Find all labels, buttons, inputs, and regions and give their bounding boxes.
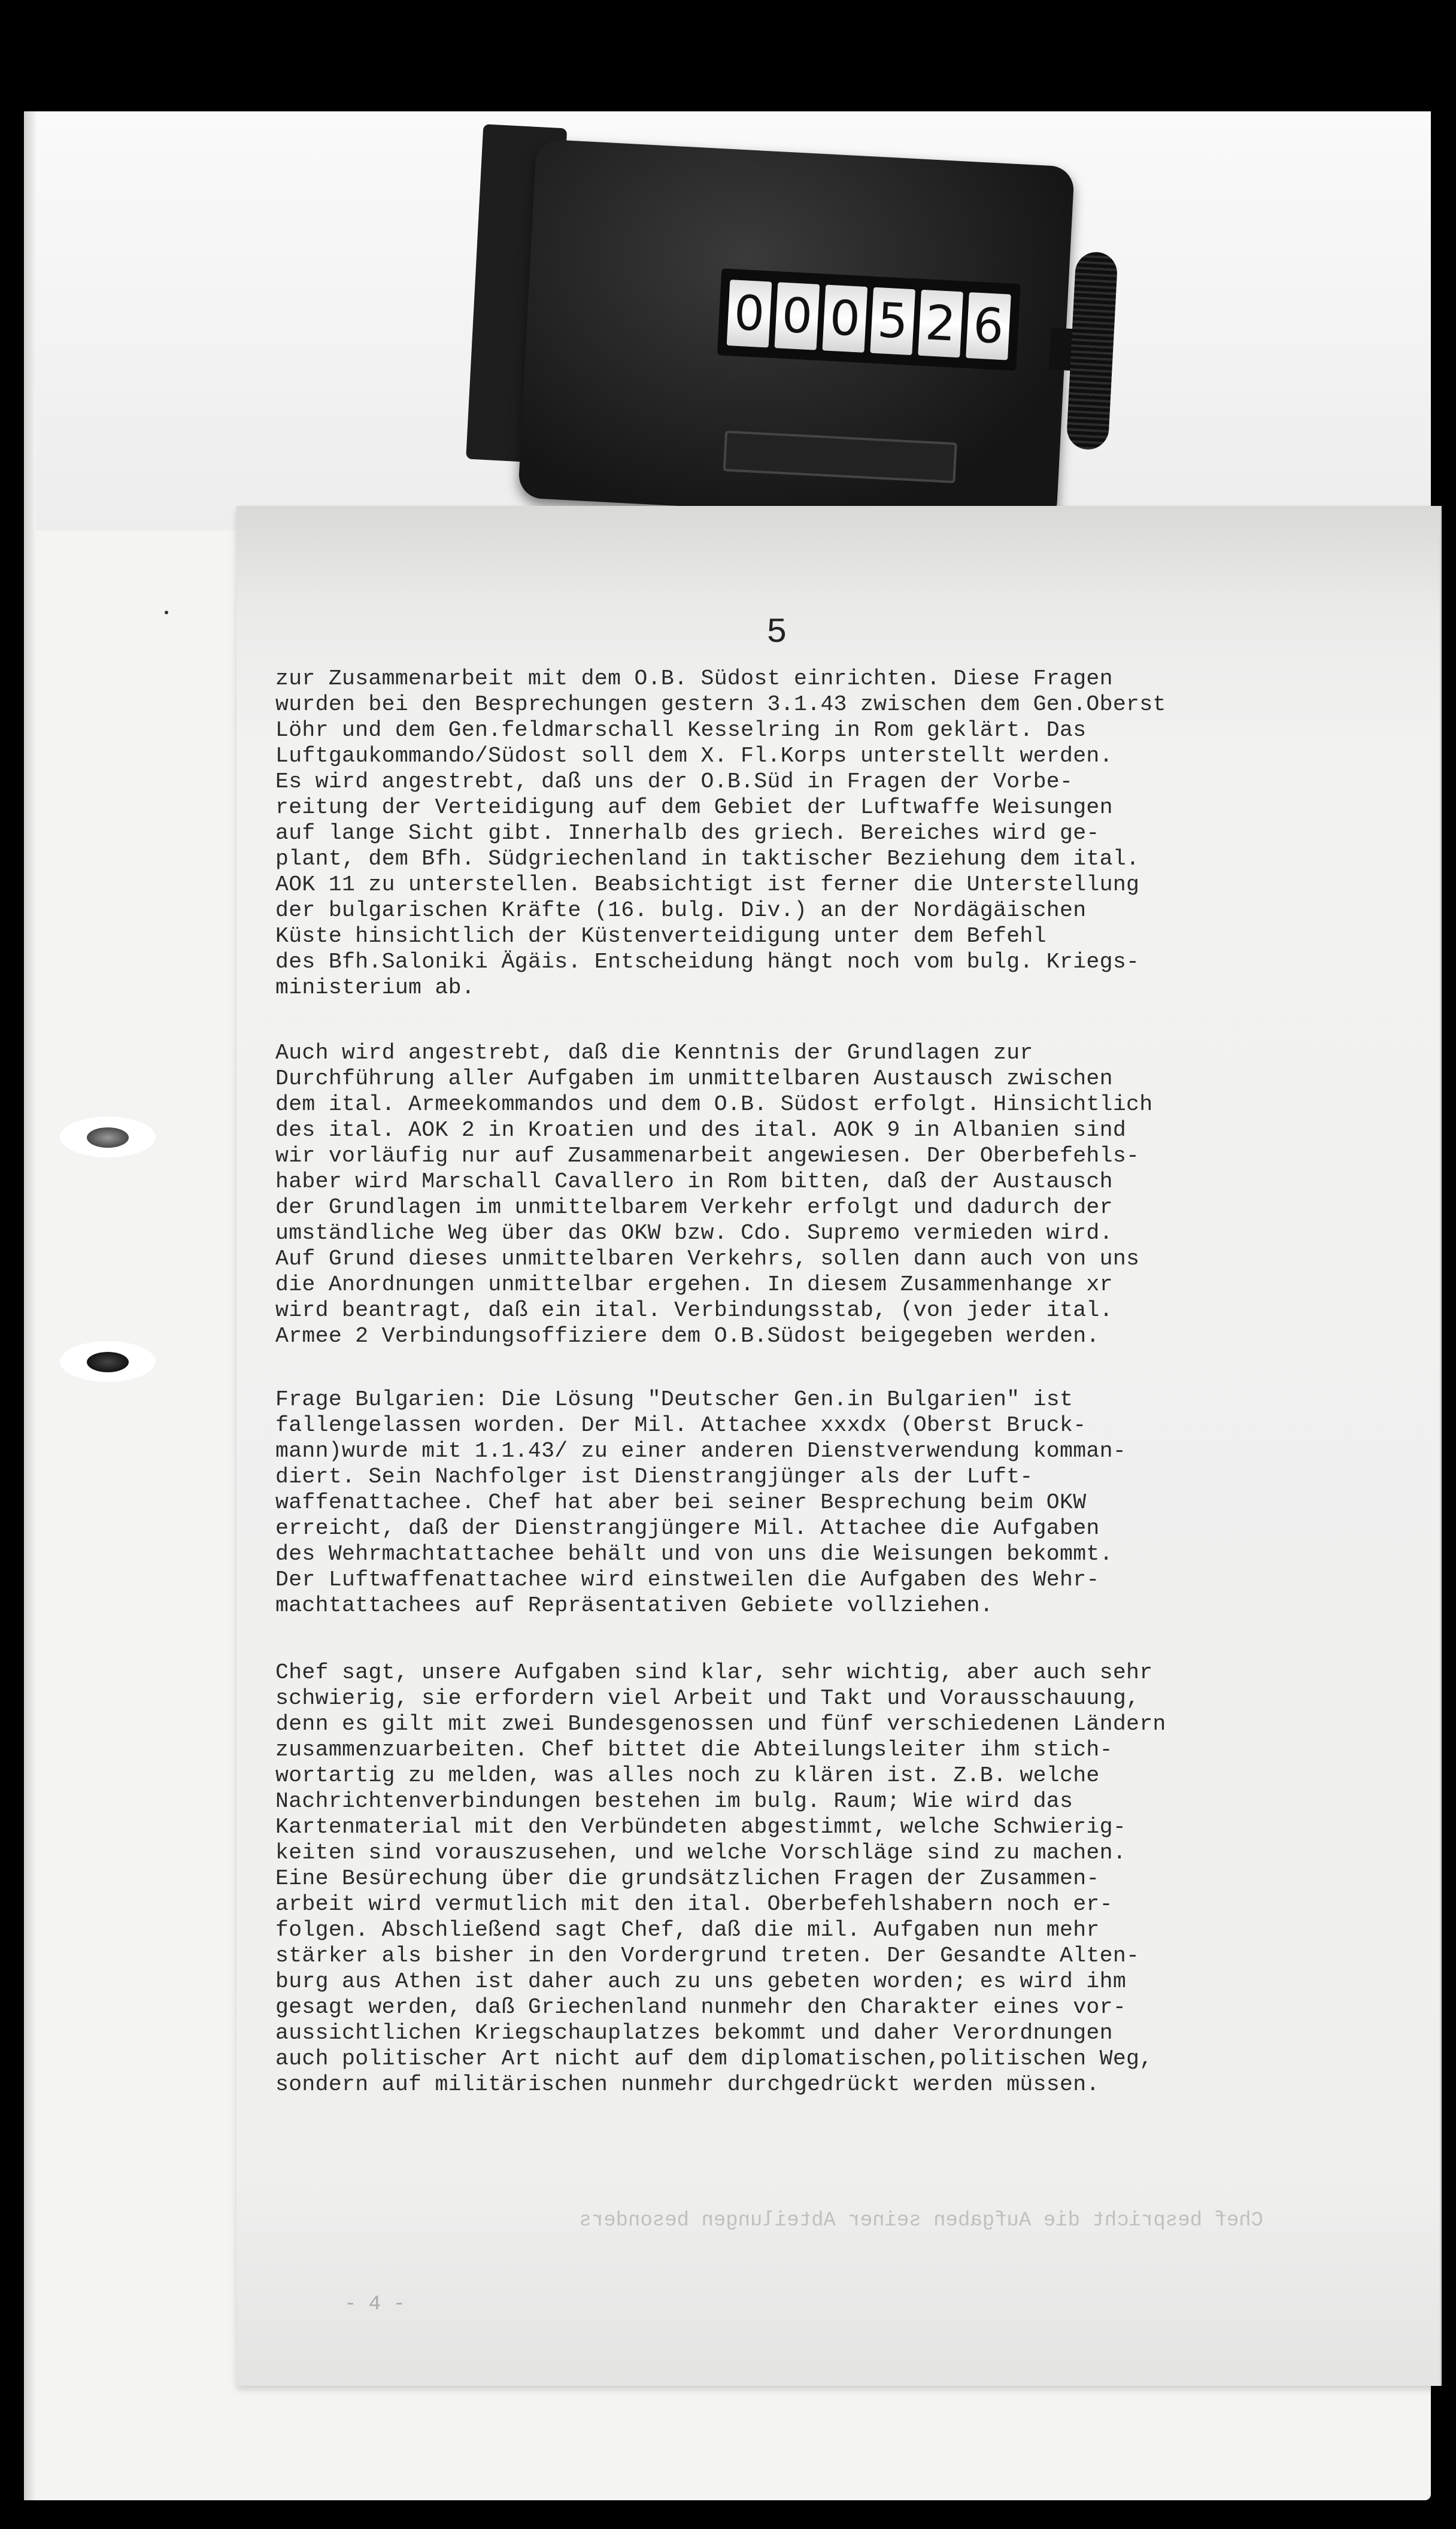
text-line: Löhr und dem Gen.feldmarschall Kesselrin… [275, 717, 1413, 743]
text-line: fallengelassen worden. Der Mil. Attachee… [275, 1412, 1413, 1438]
text-line: Küste hinsichtlich der Küstenverteidigun… [275, 923, 1413, 949]
text-line: gesagt werden, daß Griechenland nunmehr … [275, 1994, 1413, 2020]
text-line: Eine Besürechung über die grundsätzliche… [275, 1866, 1413, 1891]
text-line: denn es gilt mit zwei Bundesgenossen und… [275, 1711, 1413, 1737]
text-line: wird beantragt, daß ein ital. Verbindung… [275, 1297, 1413, 1323]
paragraph-2: Auch wird angestrebt, daß die Kenntnis d… [275, 1040, 1413, 1349]
text-line: ministerium ab. [275, 975, 1413, 1000]
text-line: schwierig, sie erfordern viel Arbeit und… [275, 1685, 1413, 1711]
text-line: haber wird Marschall Cavallero in Rom bi… [275, 1169, 1413, 1194]
counter-digit: 0 [775, 282, 820, 350]
counter-body: 0 0 0 5 2 6 [518, 139, 1075, 526]
text-line: auf lange Sicht gibt. Innerhalb des grie… [275, 820, 1413, 846]
binder-hole-icon [60, 1341, 156, 1382]
text-line: Auch wird angestrebt, daß die Kenntnis d… [275, 1040, 1413, 1066]
text-line: reitung der Verteidigung auf dem Gebiet … [275, 795, 1413, 820]
paragraph-3: Frage Bulgarien: Die Lösung "Deutscher G… [275, 1387, 1413, 1618]
text-line: die Anordnungen unmittelbar ergehen. In … [275, 1272, 1413, 1297]
text-line: Armee 2 Verbindungsoffiziere dem O.B.Süd… [275, 1323, 1413, 1349]
text-line: Der Luftwaffenattachee wird einstweilen … [275, 1567, 1413, 1593]
text-line: diert. Sein Nachfolger ist Dienstrangjün… [275, 1464, 1413, 1490]
page-number: 5 [766, 614, 787, 653]
text-line: mann)wurde mit 1.1.43/ zu einer anderen … [275, 1438, 1413, 1464]
text-line: burg aus Athen ist daher auch zu uns geb… [275, 1969, 1413, 1994]
text-line: Chef sagt, unsere Aufgaben sind klar, se… [275, 1660, 1413, 1685]
counter-digit: 6 [966, 292, 1011, 360]
text-line: des Wehrmachtattachee behält und von uns… [275, 1541, 1413, 1567]
text-line: wurden bei den Besprechungen gestern 3.1… [275, 692, 1413, 717]
text-line: arbeit wird vermutlich mit den ital. Obe… [275, 1891, 1413, 1917]
text-line: umständliche Weg über das OKW bzw. Cdo. … [275, 1220, 1413, 1246]
text-line: aussichtlichen Kriegschauplatzes bekommt… [275, 2020, 1413, 2046]
text-line: machtattachees auf Repräsentativen Gebie… [275, 1593, 1413, 1618]
text-line: plant, dem Bfh. Südgriechenland in takti… [275, 846, 1413, 872]
counter-reset-knob-icon [1066, 251, 1118, 450]
text-line: zusammenzuarbeiten. Chef bittet die Abte… [275, 1737, 1413, 1763]
text-line: auch politischer Art nicht auf dem diplo… [275, 2046, 1413, 2072]
text-line: waffenattachee. Chef hat aber bei seiner… [275, 1490, 1413, 1515]
text-line: der Grundlagen im unmittelbarem Verkehr … [275, 1194, 1413, 1220]
backing-left-edge [24, 111, 36, 2500]
margin-speck [165, 611, 168, 614]
text-line: dem ital. Armeekommandos und dem O.B. Sü… [275, 1091, 1413, 1117]
text-line: Durchführung aller Aufgaben im unmittelb… [275, 1066, 1413, 1091]
paragraph-4: Chef sagt, unsere Aufgaben sind klar, se… [275, 1660, 1413, 2097]
frame-counter-device: 0 0 0 5 2 6 [463, 124, 1129, 541]
text-line: des ital. AOK 2 in Kroatien und des ital… [275, 1117, 1413, 1143]
text-line: Frage Bulgarien: Die Lösung "Deutscher G… [275, 1387, 1413, 1412]
text-line: stärker als bisher in den Vordergrund tr… [275, 1943, 1413, 1969]
text-line: keiten sind vorauszusehen, und welche Vo… [275, 1840, 1413, 1866]
bleed-through-text: Chef bespricht die Aufgaben seiner Abtei… [579, 2209, 1263, 2232]
text-line: Es wird angestrebt, daß uns der O.B.Süd … [275, 769, 1413, 795]
text-line: Auf Grund dieses unmittelbaren Verkehrs,… [275, 1246, 1413, 1272]
text-line: folgen. Abschließend sagt Chef, daß die … [275, 1917, 1413, 1943]
counter-digit: 2 [918, 289, 963, 357]
text-line: zur Zusammenarbeit mit dem O.B. Südost e… [275, 666, 1413, 692]
text-line: Nachrichtenverbindungen bestehen im bulg… [275, 1788, 1413, 1814]
text-line: AOK 11 zu unterstellen. Beabsichtigt ist… [275, 872, 1413, 897]
text-line: der bulgarischen Kräfte (16. bulg. Div.)… [275, 897, 1413, 923]
text-line: erreicht, daß der Dienstrangjüngere Mil.… [275, 1515, 1413, 1541]
text-line: des Bfh.Saloniki Ägäis. Entscheidung hän… [275, 949, 1413, 975]
bleed-through-page-mark: - 4 - [344, 2293, 405, 2316]
counter-digit: 5 [870, 287, 915, 355]
text-line: wir vorläufig nur auf Zusammenarbeit ang… [275, 1143, 1413, 1169]
counter-digit: 0 [727, 280, 772, 348]
text-line: Kartenmaterial mit den Verbündeten abges… [275, 1814, 1413, 1840]
text-line: sondern auf militärischen nunmehr durchg… [275, 2072, 1413, 2097]
counter-digit: 0 [822, 284, 867, 353]
text-line: Luftgaukommando/Südost soll dem X. Fl.Ko… [275, 743, 1413, 769]
counter-digit-window: 0 0 0 5 2 6 [717, 268, 1021, 371]
paragraph-1: zur Zusammenarbeit mit dem O.B. Südost e… [275, 666, 1413, 1000]
binder-hole-icon [60, 1117, 156, 1157]
counter-slot [723, 430, 957, 483]
text-line: wortartig zu melden, was alles noch zu k… [275, 1763, 1413, 1788]
